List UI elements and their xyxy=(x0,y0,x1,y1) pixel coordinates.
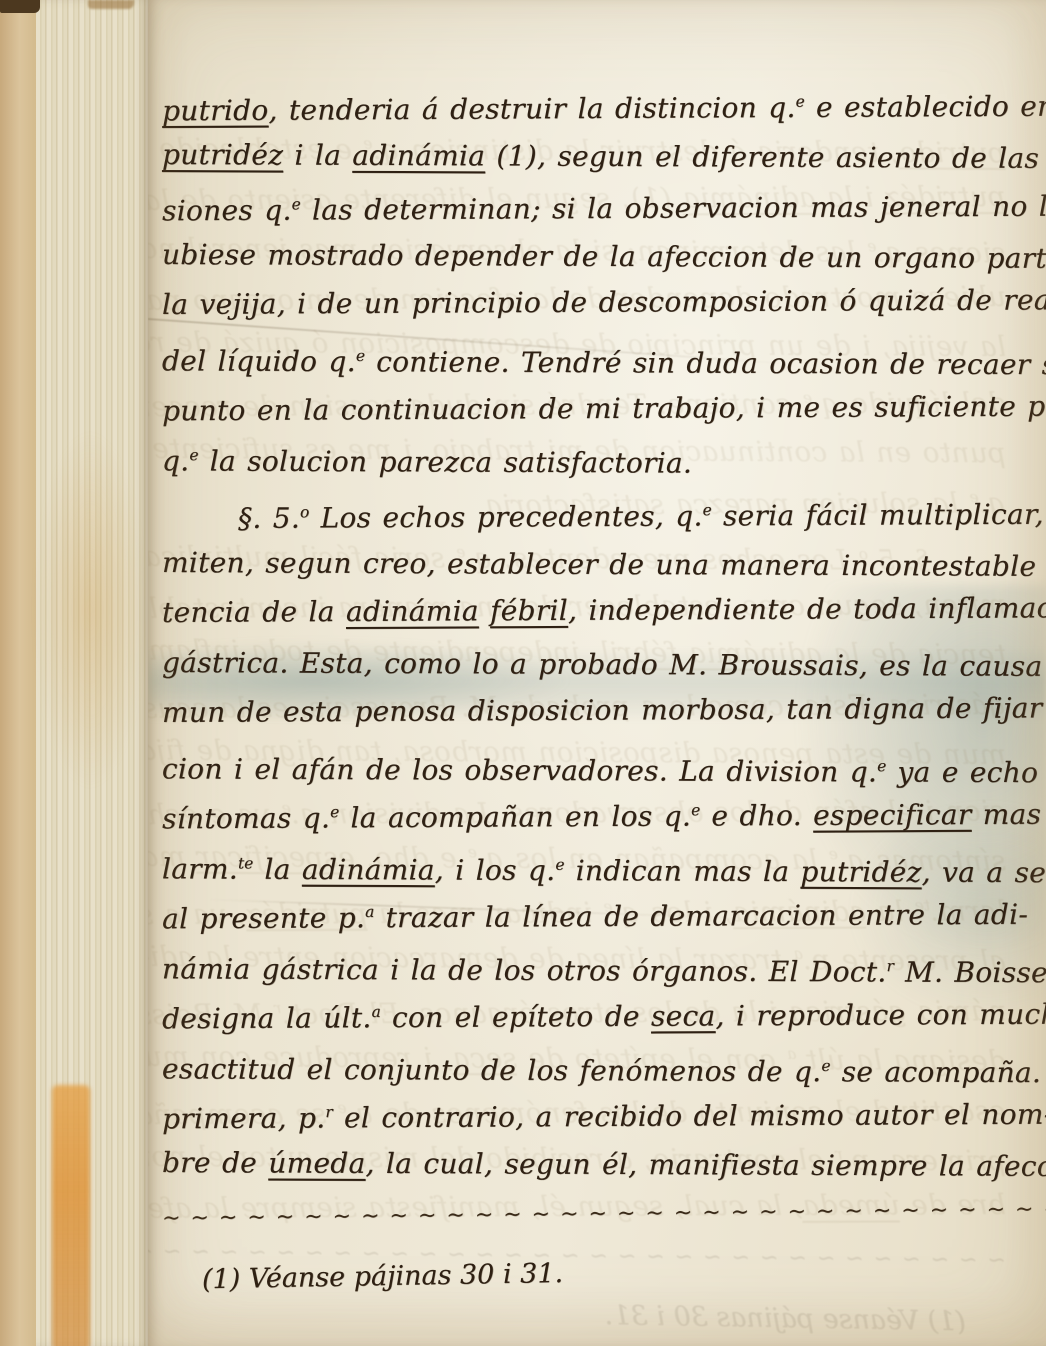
paper-sheet: putrido, tenderia á destruir la distinci… xyxy=(148,0,1046,1346)
manuscript-line: mun de esta penosa disposicion morbosa, … xyxy=(162,683,1046,738)
manuscript-line: designa la últ.a con el epíteto de seca,… xyxy=(162,983,1046,1038)
manuscript-line: tencia de la adinámia fébril, independie… xyxy=(162,583,1046,638)
manuscript-line: bre de úmeda, la cual, segun él, manifie… xyxy=(162,1138,1046,1192)
manuscript-line: al presente p.a trazar la línea de demar… xyxy=(162,883,1046,938)
squiggle-separator-line: ~~~~~~~~~~~~~~~~~~~~~~~~~~~~~~~~~~~~~~~~ xyxy=(162,1193,1046,1236)
manuscript-scan: putrido, tenderia á destruir la distinci… xyxy=(0,0,1046,1346)
manuscript-line: q.e la solucion parezca satisfactoria. xyxy=(162,430,1046,484)
corner-dark-fragment xyxy=(0,0,40,13)
book-binding-edge xyxy=(0,0,36,1346)
orange-stain xyxy=(52,1085,90,1346)
manuscript-line: punto en la continuacion de mi trabajo, … xyxy=(162,375,1046,430)
manuscript-line: primera, p.r el contrario, a recibido de… xyxy=(162,1083,1046,1138)
footnote: (1) Véanse pájinas 30 i 31. xyxy=(162,1240,1046,1306)
corner-dark-fragment xyxy=(88,0,134,9)
edge-stain xyxy=(34,430,146,790)
manuscript-line: siones q.e las determinan; si la observa… xyxy=(162,175,1046,230)
manuscript-text-block: putrido, tenderia á destruir la distinci… xyxy=(148,0,1046,1306)
manuscript-line: la vejija, i de un principio de descompo… xyxy=(162,275,1046,330)
manuscript-line: §. 5.o Los echos precedentes, q.e seria … xyxy=(162,483,1046,538)
manuscript-line: putrido, tenderia á destruir la distinci… xyxy=(162,75,1046,130)
manuscript-line: síntomas q.e la acompañan en los q.e e d… xyxy=(162,783,1046,838)
